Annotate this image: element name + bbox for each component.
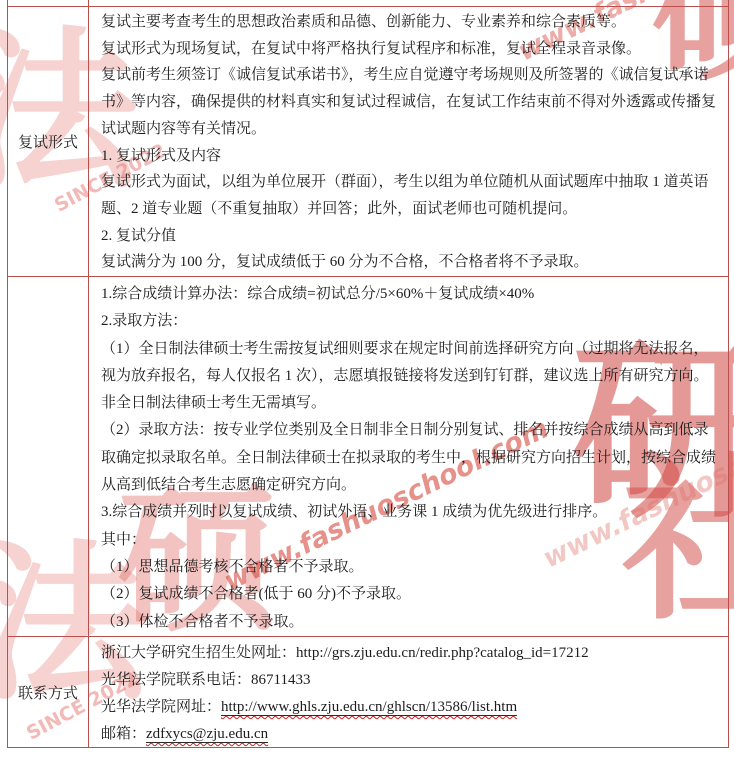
contact-label: 邮箱：	[101, 726, 146, 742]
table-row-admission-rules: 1.综合成绩计算办法：综合成绩=初试总分/5×60%＋复试成绩×40% 2.录取…	[8, 277, 728, 637]
admissions-table: 复试形式 复试主要考查考生的思想政治素质和品德、创新能力、专业素养和综合素质等。…	[7, 0, 729, 748]
text-line: 视为放弃报名，每人仅报名 1 次），志愿填报链接将发送到钉钉群，建议选上所有研究…	[101, 363, 728, 390]
text-line: 题、2 道专业题（不重复抽取）并回答；此外，面试老师也可随机提问。	[101, 196, 728, 223]
text-line: 复试前考生须签订《诚信复试承诺书》，考生应自觉遵守考场规则及所签署的《诚信复试承…	[101, 62, 728, 89]
header-cell-sliver	[8, 0, 89, 6]
law-school-url-link[interactable]: http://www.ghls.zju.edu.cn/ghlscn/13586/…	[221, 699, 517, 716]
text-line: 复试主要考查考生的思想政治素质和品德、创新能力、专业素养和综合素质等。	[101, 9, 728, 36]
law-school-phone: 86711433	[251, 672, 310, 688]
text-line: 试试题内容等有关情况。	[101, 116, 728, 143]
table-row-previous-sliver	[8, 0, 728, 7]
contact-email-link[interactable]: zdfxycs@zju.edu.cn	[146, 726, 268, 743]
text-line: 复试形式为面试，以组为单位展开（群面），考生以组为单位随机从面试题库中抽取 1 …	[101, 169, 728, 196]
row-header-reexam-format: 复试形式	[8, 7, 89, 276]
row-header-contact-info: 联系方式	[8, 637, 89, 747]
document-page: 法 法 硕 研 社 硕 www.fashuoschool.com www.fas…	[0, 0, 734, 758]
text-line: 其中：	[101, 527, 728, 554]
text-line: 1.综合成绩计算办法：综合成绩=初试总分/5×60%＋复试成绩×40%	[101, 281, 728, 308]
table-row-reexam-format: 复试形式 复试主要考查考生的思想政治素质和品德、创新能力、专业素养和综合素质等。…	[8, 7, 728, 277]
text-line: 复试满分为 100 分，复试成绩低于 60 分为不合格，不合格者将不予录取。	[101, 249, 728, 276]
contact-label: 浙江大学研究生招生处网址：	[101, 645, 296, 661]
text-line: 书》等内容，确保提供的材料真实和复试过程诚信，在复试工作结束前不得对外透露或传播…	[101, 89, 728, 116]
row-header-empty	[8, 277, 89, 636]
contact-label: 光华法学院网址：	[101, 699, 221, 715]
text-line: 2. 复试分值	[101, 223, 728, 250]
text-line: （1）思想品德考核不合格者不予录取。	[101, 554, 728, 581]
contact-line-law-school-url: 光华法学院网址：http://www.ghls.zju.edu.cn/ghlsc…	[101, 694, 728, 721]
table-row-contact-info: 联系方式 浙江大学研究生招生处网址：http://grs.zju.edu.cn/…	[8, 637, 728, 747]
contact-label: 光华法学院联系电话：	[101, 672, 251, 688]
reexam-format-content: 复试主要考查考生的思想政治素质和品德、创新能力、专业素养和综合素质等。 复试形式…	[89, 7, 728, 276]
text-line: 取确定拟录取名单。全日制法律硕士在拟录取的考生中，根据研究方向招生计划，按综合成…	[101, 445, 728, 472]
grad-admissions-url: http://grs.zju.edu.cn/redir.php?catalog_…	[296, 645, 589, 661]
text-line: （2）复试成绩不合格者(低于 60 分)不予录取。	[101, 581, 728, 608]
text-line: 复试形式为现场复试，在复试中将严格执行复试程序和标准，复试全程录音录像。	[101, 36, 728, 63]
contact-line-phone: 光华法学院联系电话：86711433	[101, 667, 728, 694]
contact-line-grad-admissions-url: 浙江大学研究生招生处网址：http://grs.zju.edu.cn/redir…	[101, 640, 728, 667]
text-line: 非全日制法律硕士考生无需填写。	[101, 390, 728, 417]
admission-rules-content: 1.综合成绩计算办法：综合成绩=初试总分/5×60%＋复试成绩×40% 2.录取…	[89, 277, 728, 636]
contact-line-email: 邮箱：zdfxycs@zju.edu.cn	[101, 721, 728, 747]
text-line: （2）录取方法：按专业学位类别及全日制非全日制分别复试、排名并按综合成绩从高到低…	[101, 417, 728, 444]
text-line: 从高到低结合考生志愿确定研究方向。	[101, 472, 728, 499]
text-line: 3.综合成绩并列时以复试成绩、初试外语、业务课 1 成绩为优先级进行排序。	[101, 499, 728, 526]
text-line: （1）全日制法律硕士考生需按复试细则要求在规定时间前选择研究方向（过期将无法报名…	[101, 336, 728, 363]
contact-info-content: 浙江大学研究生招生处网址：http://grs.zju.edu.cn/redir…	[89, 637, 728, 747]
text-line: 2.录取方法：	[101, 308, 728, 335]
text-line: 1. 复试形式及内容	[101, 143, 728, 170]
text-line: （3）体检不合格者不予录取。	[101, 609, 728, 636]
